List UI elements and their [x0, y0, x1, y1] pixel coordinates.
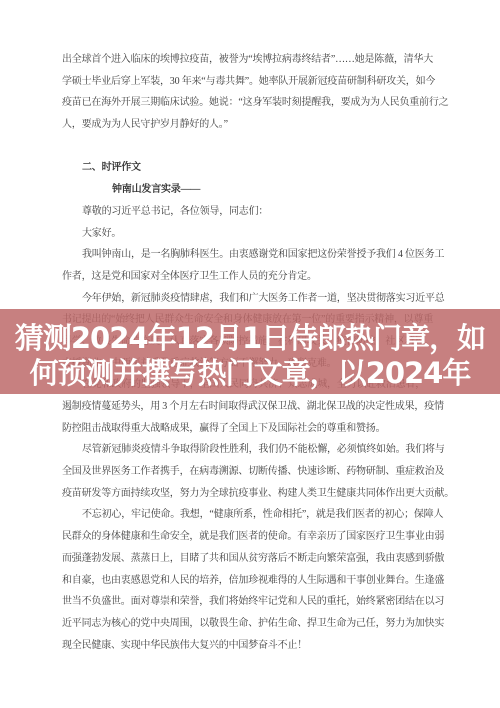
doc-line: 人，要成为为人民守护岁月静好的人。”: [62, 114, 444, 136]
doc-line: 尊敬的习近平总书记，各位领导，同志们：: [62, 201, 444, 223]
doc-line: 而强蓬勃发展、蒸蒸日上，目睹了共和国从贫穷落后不断走向繁荣富强，我由衷感到骄傲: [62, 548, 444, 570]
doc-line: 近平同志为核心的党中央周围，以敬畏生命、护佑生命、捍卫生命为己任，努力为加快实: [62, 613, 444, 635]
promo-overlay-banner: 猜测2024年12月1日侍郎热门章，如 何预测并撰写热门文章，以2024年: [0, 309, 500, 394]
doc-line: 今年伊始，新冠肺炎疫情肆虐，我们和广大医务工作者一道，坚决贯彻落实习近平总: [62, 288, 444, 310]
doc-line: 我叫钟南山，是一名胸肺科医生。由衷感谢党和国家把这份荣誉授予我们 4 位医务工: [62, 244, 444, 266]
doc-line: 遏制疫情蔓延势头，用 3 个月左右时间取得武汉保卫战、湖北保卫战的决定性成果，疫…: [62, 396, 444, 418]
doc-line: 出全球首个进入临床的埃博拉疫苗，被誉为“埃博拉病毒终结者”……她是陈薇，清华大: [62, 49, 444, 71]
doc-line: 作者，这是党和国家对全体医疗卫生工作人员的充分肯定。: [62, 266, 444, 288]
doc-line: 疫苗已在海外开展三期临床试验。她说：“这身军装时刻提醒我，要成为为人民负重前行之: [62, 92, 444, 114]
doc-line: 疫苗研发等方面持续攻坚，努力为全球抗疫事业、构建人类卫生健康共同体作出更大贡献。: [62, 483, 444, 505]
doc-line: 尽管新冠肺炎疫情斗争取得阶段性胜利，我们仍不能松懈，必须慎终如始。我们将与: [62, 439, 444, 461]
doc-line: 和自豪，也由衷感恩党和人民的培养，倍加珍视难得的人生际遇和干事创业舞台。生逢盛: [62, 570, 444, 592]
screenshot-root: 出全球首个进入临床的埃博拉疫苗，被誉为“埃博拉病毒终结者”……她是陈薇，清华大学…: [0, 0, 500, 708]
overlay-title-line1: 猜测2024年12月1日侍郎热门章，如: [15, 321, 485, 356]
doc-line: 二、时评作文: [62, 157, 444, 179]
doc-line: 现全民健康、实现中华民族伟大复兴的中国梦奋斗不止！: [62, 635, 444, 657]
doc-line: 大家好。: [62, 223, 444, 245]
doc-line: 民群众的身体健康和生命安全，就是我们医者的使命。有幸亲历了国家医疗卫生事业由弱: [62, 526, 444, 548]
overlay-title-line2: 何预测并撰写热门文章，以2024年: [30, 356, 471, 391]
doc-line: 防控阻击战取得重大战略成果，赢得了全国上下及国际社会的尊重和赞扬。: [62, 418, 444, 440]
doc-line: 世当不负盛世。面对尊崇和荣誉，我们将始终牢记党和人民的重托，始终紧密团结在以习: [62, 591, 444, 613]
doc-line: 不忘初心，牢记使命。我想，“健康所系，性命相托”，就是我们医者的初心；保障人: [62, 504, 444, 526]
doc-line: 全国及世界医务工作者携手，在病毒溯源、切断传播、快速诊断、药物研制、重症救治及: [62, 461, 444, 483]
doc-line: 学硕士毕业后穿上军装，30 年来“与毒共舞”。她率队开展新冠疫苗研制科研攻关，如…: [62, 71, 444, 93]
doc-line: 钟南山发言实录——: [62, 179, 444, 201]
